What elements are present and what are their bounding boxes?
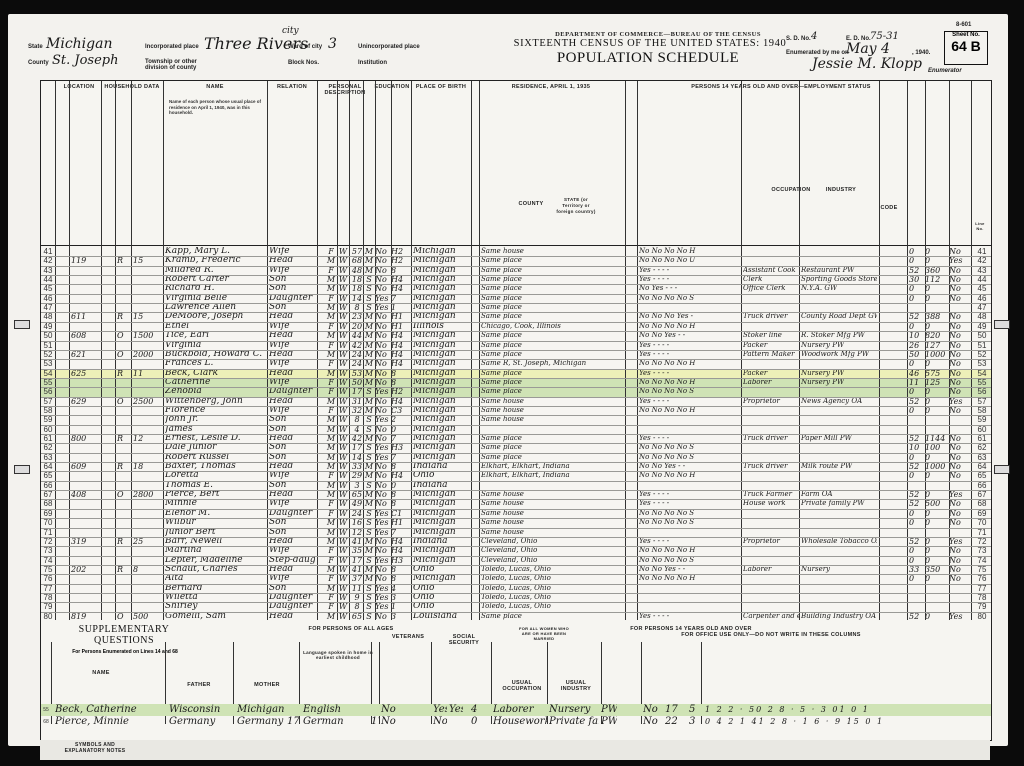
supp-cell-cls: PW: [601, 716, 617, 728]
cell-emp: Yes - - - -: [639, 275, 729, 284]
header-location: LOCATION: [59, 84, 99, 90]
cell-rel: Wife: [269, 499, 315, 508]
cell-wks: 11: [909, 378, 925, 387]
cell-grade: H4: [391, 284, 409, 293]
cell-sex: M: [326, 443, 336, 452]
unincorporated-label: Unincorporated place: [358, 44, 420, 50]
cell-res: Same place: [481, 350, 621, 359]
cell-wks: 0: [909, 406, 925, 415]
cell-age: 3: [350, 481, 364, 490]
cell-ms: M: [364, 331, 374, 340]
cell-name: John Jr.: [165, 415, 269, 424]
row-rule: [41, 266, 991, 267]
cell-res: Same place: [481, 275, 621, 284]
cell-race: W: [337, 556, 349, 565]
table-row[interactable]: 72319R25Barr, NewellHeadMW41MNoH4Indiana…: [41, 537, 991, 546]
cell-ind: News Agency OA: [801, 397, 877, 406]
cell-age: 31: [350, 397, 364, 406]
cell-emp: No No No No S: [639, 518, 729, 527]
supp-cell-father: Germany: [169, 716, 231, 728]
table-row[interactable]: 79ShirleyDaughterFW8SYes1OhioToledo, Luc…: [41, 602, 991, 611]
supp-office-use: FOR OFFICE USE ONLY—DO NOT WRITE IN THES…: [651, 632, 891, 638]
table-row[interactable]: 73MartinaWifeFW35MNoH4MichiganCleveland,…: [41, 546, 991, 555]
cell-wks: 30: [909, 275, 925, 284]
cell-res: Same house: [481, 528, 621, 537]
row-rule: [41, 397, 991, 398]
cell-emp: No No No No H: [639, 471, 729, 480]
cell-val: 18: [133, 462, 161, 471]
cell-bp: Michigan: [413, 387, 469, 396]
cell-ind: N.Y.A. GW: [801, 284, 877, 293]
supp-col-language: Language spoken in home in earliest chil…: [303, 650, 373, 660]
cell-sch: No: [375, 434, 391, 443]
cell-inc: 360: [925, 266, 949, 275]
cell-wks: 52: [909, 462, 925, 471]
cell-sch: Yes: [375, 556, 391, 565]
cell-oth: No: [949, 331, 969, 340]
cell-bp: Michigan: [413, 294, 469, 303]
cell-wks: 0: [909, 556, 925, 565]
cell-age: 32: [350, 406, 364, 415]
supp-col-usual-ind: USUAL INDUSTRY: [551, 680, 601, 692]
supp-col-name: NAME: [71, 670, 131, 676]
cell-rel: Daughter: [269, 294, 315, 303]
cell-bp: Michigan: [413, 574, 469, 583]
cell-emp: No No No No S: [639, 443, 729, 452]
supplementary-row[interactable]: 68Pierce, MinnieGermanyGermany17German17…: [41, 716, 991, 728]
cell-res: Same place: [481, 284, 621, 293]
cell-line: 44: [41, 275, 55, 284]
cell-name: Wilbur: [165, 518, 269, 527]
table-row[interactable]: 78WilettaDaughterFW9SYes3OhioToledo, Luc…: [41, 593, 991, 602]
cell-name: Schaut, Charles: [165, 565, 269, 574]
table-row[interactable]: 42119R15Kramb, FredericHeadMW68MNoH2Mich…: [41, 256, 991, 265]
cell-occ: Clerk: [743, 275, 799, 284]
cell-ms: S: [364, 602, 374, 611]
cell-rel: Head: [269, 397, 315, 406]
cell-sch: No: [375, 537, 391, 546]
cell-age: 37: [350, 574, 364, 583]
cell-ms: S: [364, 453, 374, 462]
cell-own: R: [117, 434, 131, 443]
table-row[interactable]: 76AltaWifeFW37MNo8MichiganToledo, Lucas,…: [41, 574, 991, 583]
cell-ms: M: [364, 322, 374, 331]
cell-ind: Wholesale Tobacco OA: [801, 537, 877, 546]
cell-line: 75: [975, 565, 989, 574]
cell-emp: Yes - - - -: [639, 266, 729, 275]
cell-grade: H2: [391, 256, 409, 265]
cell-race: W: [337, 537, 349, 546]
cell-line: 45: [41, 284, 55, 293]
cell-line: 78: [41, 593, 55, 602]
sheet-number-box: Sheet No. 64 B: [944, 31, 988, 65]
supplementary-row[interactable]: 55Beck, CatherineWisconsinMichiganEnglis…: [41, 704, 991, 716]
supp-cell-cls: PW: [601, 704, 617, 716]
cell-res: Same house: [481, 406, 621, 415]
table-row[interactable]: 55CatherineWifeFW50MNo8MichiganSame plac…: [41, 378, 991, 387]
cell-ms: M: [364, 546, 374, 555]
cell-line: 47: [975, 303, 989, 312]
cell-occ: Stoker line: [743, 331, 799, 340]
cell-bp: Michigan: [413, 378, 469, 387]
cell-oth: No: [949, 369, 969, 378]
cell-sch: Yes: [375, 294, 391, 303]
county-value: St. Joseph: [52, 53, 119, 68]
cell-race: W: [337, 462, 349, 471]
cell-oth: No: [949, 471, 969, 480]
supp-cell-father: Wisconsin: [169, 704, 231, 716]
supp-cell-lang: German: [303, 716, 369, 728]
cell-occ: Pattern Maker: [743, 350, 799, 359]
table-row[interactable]: 63Robert RusselSonMW14SYes7MichiganSame …: [41, 453, 991, 462]
cell-wks: 0: [909, 247, 925, 256]
cell-sex: M: [326, 312, 336, 321]
cell-grade: H4: [391, 471, 409, 480]
cell-grade: H4: [391, 546, 409, 555]
cell-bp: Illinois: [413, 322, 469, 331]
cell-bp: Michigan: [413, 312, 469, 321]
cell-oth: Yes: [949, 537, 969, 546]
cell-race: W: [337, 602, 349, 611]
column-rule: [363, 81, 364, 621]
scan-border-top: [0, 0, 1024, 14]
row-rule: [41, 612, 991, 613]
cell-inc: 500: [925, 499, 949, 508]
cell-wks: 0: [909, 518, 925, 527]
cell-age: 8: [350, 602, 364, 611]
cell-age: 20: [350, 322, 364, 331]
cell-bp: Michigan: [413, 303, 469, 312]
supp-cell-occ: Laborer: [493, 704, 547, 716]
cell-name: Pierce, Bert: [165, 490, 269, 499]
cell-ms: M: [364, 471, 374, 480]
cell-emp: No No No No S: [639, 453, 729, 462]
cell-name: Bernard: [165, 584, 269, 593]
cell-grade: 8: [391, 369, 409, 378]
row-rule: [41, 294, 991, 295]
cell-age: 49: [350, 499, 364, 508]
supp-women: FOR ALL WOMEN WHO ARE OR HAVE BEEN MARRI…: [519, 626, 569, 641]
cell-ms: M: [364, 574, 374, 583]
cell-grade: 8: [391, 266, 409, 275]
cell-inc: 125: [925, 378, 949, 387]
cell-emp: No No No No H: [639, 247, 729, 256]
cell-sch: Yes: [375, 528, 391, 537]
cell-emp: Yes - - - -: [639, 350, 729, 359]
cell-wks: 0: [909, 387, 925, 396]
cell-wks: 52: [909, 266, 925, 275]
cell-race: W: [337, 546, 349, 555]
sd-label: S. D. No.: [786, 36, 811, 42]
cell-house: 608: [71, 331, 95, 340]
table-row[interactable]: 66Thomas E.SonMW3SNo0Indiana66: [41, 481, 991, 490]
cell-grade: H4: [391, 397, 409, 406]
cell-occ: Laborer: [743, 565, 799, 574]
row-rule: [41, 602, 991, 603]
column-rule: [879, 81, 880, 621]
cell-ind: Sporting Goods Store PW: [801, 275, 877, 284]
cell-line: 41: [975, 247, 989, 256]
cell-grade: 7: [391, 528, 409, 537]
cell-bp: Ohio: [413, 471, 469, 480]
cell-line: 66: [41, 481, 55, 490]
table-row[interactable]: 45Richard H.SonMW18SNoH4MichiganSame pla…: [41, 284, 991, 293]
supp-col-father: FATHER: [169, 682, 229, 688]
cell-ms: S: [364, 593, 374, 602]
cell-ms: M: [364, 565, 374, 574]
cell-ind: R. Stoker Mfg PW: [801, 331, 877, 340]
cell-res: Same house: [481, 499, 621, 508]
cell-own: O: [117, 397, 131, 406]
cell-rel: Wife: [269, 341, 315, 350]
header-occupation: OCCUPATION: [771, 187, 811, 193]
table-row[interactable]: 41Kapp, Mary L.WifeFW57MNoH2MichiganSame…: [41, 247, 991, 256]
cell-ms: S: [364, 387, 374, 396]
table-row[interactable]: 65LorettaWifeFW29MNoH4OhioElkhart, Elkha…: [41, 471, 991, 480]
table-row[interactable]: 47Lawrence AllenSonMW8SYes1MichiganSame …: [41, 303, 991, 312]
supp-cell-office: 0 4 2 1 41 2 8 · 1 6 · 9 15 0 1: [705, 716, 975, 728]
cell-age: 41: [350, 537, 364, 546]
cell-ind: Nursery PW: [801, 341, 877, 350]
cell-bp: Michigan: [413, 528, 469, 537]
cell-bp: Michigan: [413, 556, 469, 565]
table-row[interactable]: 51VirginiaWifeFW42MNoH4MichiganSame plac…: [41, 341, 991, 350]
cell-line: 46: [975, 294, 989, 303]
table-row[interactable]: 71Junior BertSonMW12SYes7MichiganSame ho…: [41, 528, 991, 537]
table-row[interactable]: 64609R18Baxter, ThomasHeadMW33MNo8Indian…: [41, 462, 991, 471]
table-row[interactable]: 56ZenobiaDaughterFW17SYesH2MichiganSame …: [41, 387, 991, 396]
cell-emp: Yes - - - -: [639, 397, 729, 406]
cell-age: 8: [350, 415, 364, 424]
cell-race: W: [337, 312, 349, 321]
margin-stamp: [14, 465, 30, 474]
row-rule: [41, 546, 991, 547]
cell-res: Toledo, Lucas, Ohio: [481, 593, 621, 602]
table-row[interactable]: 61800R12Ernest, Leslie D.HeadMW42MNo7Mic…: [41, 434, 991, 443]
supplementary-title: SUPPLEMENTARY QUESTIONS: [49, 624, 199, 646]
cell-inc: 0: [925, 471, 949, 480]
supp-cell-line: 55: [41, 704, 51, 716]
cell-rel: Wife: [269, 322, 315, 331]
row-rule: [41, 593, 991, 594]
cell-race: W: [337, 284, 349, 293]
cell-val: 15: [133, 312, 161, 321]
cell-bp: Michigan: [413, 359, 469, 368]
cell-race: W: [337, 593, 349, 602]
cell-sex: M: [326, 415, 336, 424]
cell-age: 23: [350, 312, 364, 321]
cell-bp: Michigan: [413, 415, 469, 424]
cell-oth: No: [949, 462, 969, 471]
supp-cell-ss3: 0: [471, 716, 481, 728]
cell-bp: Indiana: [413, 481, 469, 490]
cell-age: 9: [350, 593, 364, 602]
table-row[interactable]: 52621O2000Buckbold, Howard C.HeadMW24MNo…: [41, 350, 991, 359]
cell-name: Catherine: [165, 378, 269, 387]
table-row[interactable]: 75202R8Schaut, CharlesHeadMW41MNo8OhioTo…: [41, 565, 991, 574]
table-row[interactable]: 57629O2500Wittenberg, JohnHeadMW31MNoH4M…: [41, 397, 991, 406]
cell-occ: Truck driver: [743, 434, 799, 443]
table-row[interactable]: 60JamesSonMW4SNo0Michigan60: [41, 425, 991, 434]
cell-race: W: [337, 387, 349, 396]
table-row[interactable]: 58FlorenceWifeFW32MNoC3MichiganSame hous…: [41, 406, 991, 415]
cell-name: Elenor M.: [165, 509, 269, 518]
cell-line: 61: [975, 434, 989, 443]
cell-race: W: [337, 256, 349, 265]
cell-name: Richard H.: [165, 284, 269, 293]
row-rule: [41, 462, 991, 463]
table-row[interactable]: 68MinnieWifeFW49MNo8MichiganSame houseYe…: [41, 499, 991, 508]
cell-bp: Michigan: [413, 284, 469, 293]
table-row[interactable]: 50608O1500Tice, EarlHeadMW44MNoH4Michiga…: [41, 331, 991, 340]
cell-line: 76: [975, 574, 989, 583]
cell-sch: No: [375, 499, 391, 508]
cell-age: 4: [350, 425, 364, 434]
cell-inc: 575: [925, 369, 949, 378]
cell-age: 18: [350, 284, 364, 293]
cell-age: 65: [350, 490, 364, 499]
table-row[interactable]: 49EthelWifeFW20MNoH1IllinoisChicago, Coo…: [41, 322, 991, 331]
cell-line: 68: [41, 499, 55, 508]
table-row[interactable]: 53Frances L.WifeFW24MNoH4MichiganSame R,…: [41, 359, 991, 368]
cell-grade: H3: [391, 443, 409, 452]
cell-name: Baxter, Thomas: [165, 462, 269, 471]
supp-col-social: SOCIAL SECURITY: [439, 634, 489, 646]
cell-ms: S: [364, 303, 374, 312]
name-instructions: Name of each person whose usual place of…: [169, 99, 265, 116]
cell-line: 78: [975, 593, 989, 602]
cell-rel: Head: [269, 350, 315, 359]
cell-sex: F: [326, 593, 336, 602]
cell-rel: Daughter: [269, 509, 315, 518]
table-row[interactable]: 70WilburSonMW16SYesH1MichiganSame houseN…: [41, 518, 991, 527]
cell-sex: F: [326, 294, 336, 303]
table-row[interactable]: 69Elenor M.DaughterFW24SYesC1MichiganSam…: [41, 509, 991, 518]
cell-line: 79: [975, 602, 989, 611]
table-row[interactable]: 67408O2800Pierce, BertHeadMW65MNo8Michig…: [41, 490, 991, 499]
row-rule: [41, 518, 991, 519]
supp-cell-ind: Nursery: [549, 704, 599, 716]
cell-sch: No: [375, 481, 391, 490]
cell-name: Lawrence Allen: [165, 303, 269, 312]
cell-race: W: [337, 303, 349, 312]
cell-bp: Michigan: [413, 499, 469, 508]
column-rule: [925, 81, 926, 621]
table-row[interactable]: 77BernardSonMW11SYes4OhioToledo, Lucas, …: [41, 584, 991, 593]
cell-sch: No: [375, 565, 391, 574]
cell-wks: 0: [909, 453, 925, 462]
cell-name: Zenobia: [165, 387, 269, 396]
table-row[interactable]: 54625R11Beck, ClarkHeadMW53MNo8MichiganS…: [41, 369, 991, 378]
enumerator-signature: Jessie M. Klopp: [812, 56, 922, 72]
table-row[interactable]: 46Virginia BelleDaughterFW14SYes7Michiga…: [41, 294, 991, 303]
cell-sex: F: [326, 266, 336, 275]
cell-name: DeMoore, Joseph: [165, 312, 269, 321]
cell-oth: No: [949, 406, 969, 415]
cell-grade: 8: [391, 499, 409, 508]
cell-bp: Michigan: [413, 397, 469, 406]
cell-name: Alta: [165, 574, 269, 583]
cell-line: 49: [975, 322, 989, 331]
row-rule: [41, 425, 991, 426]
cell-oth: No: [949, 565, 969, 574]
cell-ms: M: [364, 397, 374, 406]
cell-wks: 33: [909, 565, 925, 574]
cell-age: 24: [350, 350, 364, 359]
cell-sex: F: [326, 574, 336, 583]
table-row[interactable]: 59John Jr.SonMW8SYes2MichiganSame house5…: [41, 415, 991, 424]
cell-age: 24: [350, 359, 364, 368]
cell-oth: No: [949, 434, 969, 443]
cell-age: 11: [350, 584, 364, 593]
supplementary-subtitle: For Persons Enumerated on Lines 14 and 6…: [45, 649, 205, 655]
cell-val: 2800: [133, 490, 161, 499]
cell-occ: Packer: [743, 341, 799, 350]
table-row[interactable]: 44Robert CarterSonMW18SNoH4MichiganSame …: [41, 275, 991, 284]
table-row[interactable]: 48611R15DeMoore, JosephHeadMW23MNoH1Mich…: [41, 312, 991, 321]
cell-line: 60: [975, 425, 989, 434]
cell-name: James: [165, 425, 269, 434]
cell-sch: Yes: [375, 602, 391, 611]
cell-bp: Michigan: [413, 369, 469, 378]
cell-sex: M: [326, 434, 336, 443]
cell-ms: S: [364, 518, 374, 527]
cell-occ: Truck driver: [743, 462, 799, 471]
cell-ind: County Road Dept GW: [801, 312, 877, 321]
cell-line: 46: [41, 294, 55, 303]
cell-bp: Michigan: [413, 266, 469, 275]
row-rule: [41, 341, 991, 342]
cell-res: Chicago, Cook, Illinois: [481, 322, 621, 331]
cell-oth: No: [949, 518, 969, 527]
cell-rel: Step-daughter: [269, 556, 315, 565]
cell-bp: Michigan: [413, 350, 469, 359]
cell-oth: No: [949, 556, 969, 565]
cell-bp: Michigan: [413, 546, 469, 555]
cell-oth: No: [949, 341, 969, 350]
cell-ind: Farm OA: [801, 490, 877, 499]
supp-cell-children: 3: [689, 716, 701, 728]
table-row[interactable]: 62Dale JuniorSonMW17SYesH3MichiganSame p…: [41, 443, 991, 452]
cell-line: 69: [975, 509, 989, 518]
row-rule: [41, 350, 991, 351]
cell-grade: H4: [391, 537, 409, 546]
header-residence: RESIDENCE, APRIL 1, 1935: [481, 84, 621, 90]
cell-age: 35: [350, 546, 364, 555]
cell-race: W: [337, 490, 349, 499]
cell-name: Ernest, Leslie D.: [165, 434, 269, 443]
cell-inc: 0: [925, 574, 949, 583]
cell-rel: Son: [269, 443, 315, 452]
cell-sch: No: [375, 574, 391, 583]
cell-sch: Yes: [375, 593, 391, 602]
cell-race: W: [337, 359, 349, 368]
cell-race: W: [337, 518, 349, 527]
cell-house: 800: [71, 434, 95, 443]
row-rule: [41, 574, 991, 575]
sheet-number-value: 64 B: [945, 38, 987, 54]
cell-emp: No No No No H: [639, 322, 729, 331]
cell-res: Same place: [481, 294, 621, 303]
cell-val: 25: [133, 537, 161, 546]
table-row[interactable]: 43Mildred R.WifeFW48MNo8MichiganSame pla…: [41, 266, 991, 275]
cell-bp: Michigan: [413, 490, 469, 499]
table-row[interactable]: 74Lepter, MadelineStep-daughterFW17SYesH…: [41, 556, 991, 565]
cell-line: 42: [975, 256, 989, 265]
cell-grade: H3: [391, 556, 409, 565]
cell-inc: 1000: [925, 462, 949, 471]
cell-line: 59: [975, 415, 989, 424]
